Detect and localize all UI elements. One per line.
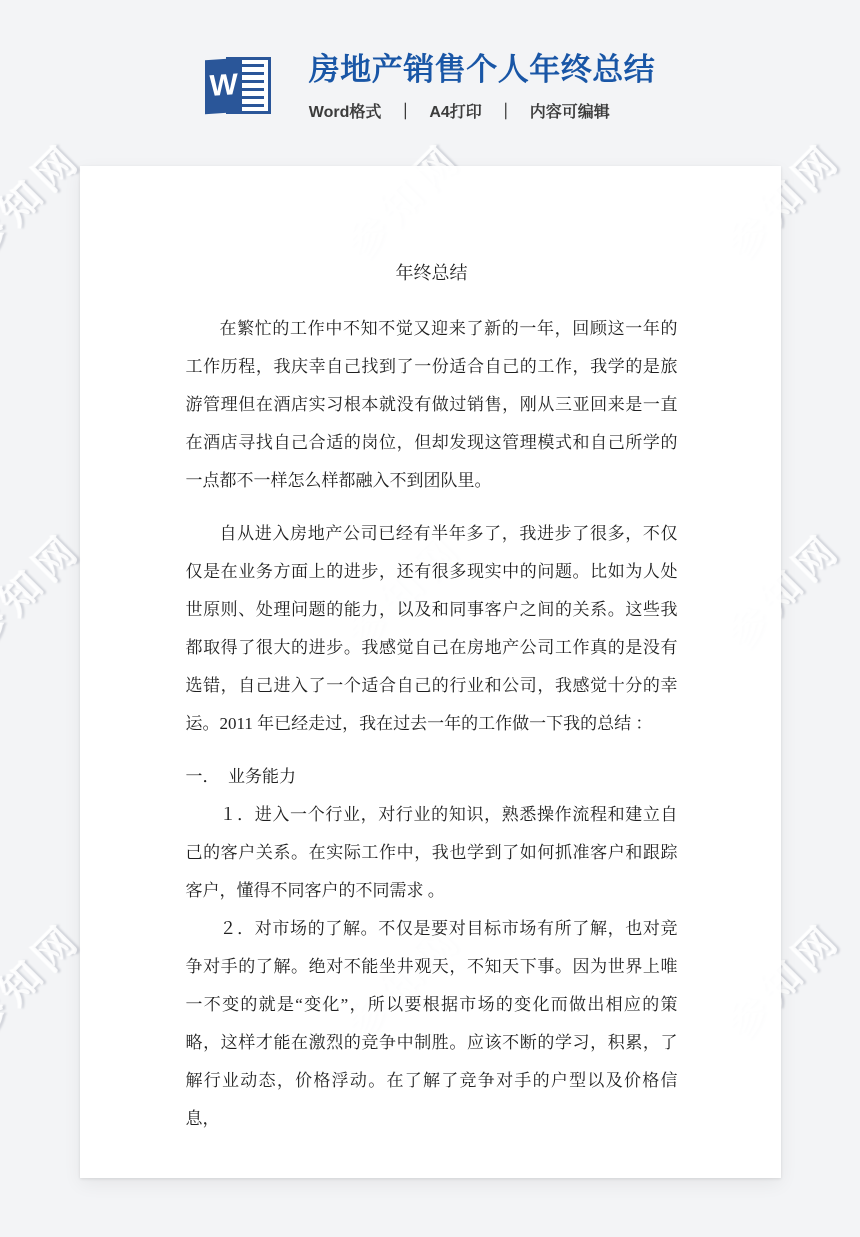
- doc-paragraph: １．进入一个行业，对行业的知识，熟悉操作流程和建立自己的客户关系。在实际工作中，…: [186, 796, 678, 910]
- doc-line: 世原则、处理问题的能力，以及和同事客户之间的关系。这些我: [186, 591, 678, 629]
- doc-line: 游管理但在酒店实习根本就没有做过销售，刚从三亚回来是一直: [186, 386, 678, 424]
- document-content: 年终总结 在繁忙的工作中不知不觉又迎来了新的一年，回顾这一年的工作历程，我庆幸自…: [186, 254, 678, 1138]
- doc-line: 己的客户关系。在实际工作中，我也学到了如何抓准客户和跟踪: [186, 834, 678, 872]
- doc-line: 争对手的了解。绝对不能坐井观天，不知天下事。因为世界上唯: [186, 948, 678, 986]
- doc-line: 客户，懂得不同客户的不同需求 。: [186, 872, 678, 910]
- doc-paragraph: 自从进入房地产公司已经有半年多了，我进步了很多，不仅仅是在业务方面上的进步，还有…: [186, 515, 678, 743]
- doc-line: １．进入一个行业，对行业的知识，熟悉操作流程和建立自: [186, 796, 678, 834]
- word-logo-icon: W: [205, 55, 271, 119]
- doc-line: 一不变的就是“变化”，所以要根据市场的变化而做出相应的策: [186, 986, 678, 1024]
- doc-line: 一点都不一样怎么样都融入不到团队里。: [186, 462, 678, 500]
- doc-line: 都取得了很大的进步。我感觉自己在房地产公司工作真的是没有: [186, 629, 678, 667]
- doc-line: 工作历程，我庆幸自己找到了一份适合自己的工作，我学的是旅: [186, 348, 678, 386]
- word-w-letter: W: [209, 70, 237, 102]
- doc-line: 略，这样才能在激烈的竞争中制胜。应该不断的学习，积累，了: [186, 1024, 678, 1062]
- doc-line: 自从进入房地产公司已经有半年多了，我进步了很多，不仅: [186, 515, 678, 553]
- doc-line: 仅是在业务方面上的进步，还有很多现实中的问题。比如为人处: [186, 553, 678, 591]
- doc-paragraph: 在繁忙的工作中不知不觉又迎来了新的一年，回顾这一年的工作历程，我庆幸自己找到了一…: [186, 310, 678, 500]
- doc-heading: 一． 业务能力: [186, 758, 678, 796]
- document-header: W 房地产销售个人年终总结 Word格式 ｜ A4打印 ｜ 内容可编辑: [0, 0, 860, 122]
- format-subtitle: Word格式 ｜ A4打印 ｜ 内容可编辑: [309, 99, 656, 122]
- doc-body: 在繁忙的工作中不知不觉又迎来了新的一年，回顾这一年的工作历程，我庆幸自己找到了一…: [186, 310, 678, 1138]
- doc-line: 选错，自己进入了一个适合自己的行业和公司，我感觉十分的幸: [186, 667, 678, 705]
- doc-line: 在酒店寻找自己合适的岗位，但却发现这管理模式和自己所学的: [186, 424, 678, 462]
- doc-title: 年终总结: [186, 254, 678, 292]
- page-title: 房地产销售个人年终总结: [309, 52, 656, 88]
- doc-line: 运。2011 年已经走过，我在过去一年的工作做一下我的总结 ：: [186, 705, 678, 743]
- doc-line: ２．对市场的了解。不仅是要对目标市场有所了解，也对竞: [186, 910, 678, 948]
- doc-paragraph: ２．对市场的了解。不仅是要对目标市场有所了解，也对竞争对手的了解。绝对不能坐井观…: [186, 910, 678, 1138]
- document-page-preview: 年终总结 在繁忙的工作中不知不觉又迎来了新的一年，回顾这一年的工作历程，我庆幸自…: [80, 166, 781, 1178]
- page-background: { "header": { "title": "房地产销售个人年终总结", "s…: [0, 0, 860, 1237]
- header-text: 房地产销售个人年终总结 Word格式 ｜ A4打印 ｜ 内容可编辑: [309, 52, 656, 122]
- doc-line: 在繁忙的工作中不知不觉又迎来了新的一年，回顾这一年的: [186, 310, 678, 348]
- word-w-panel: W: [205, 58, 242, 115]
- doc-line: 解行业动态，价格浮动。在了解了竞争对手的户型以及价格信息，: [186, 1062, 678, 1138]
- doc-line: 一． 业务能力: [186, 758, 678, 796]
